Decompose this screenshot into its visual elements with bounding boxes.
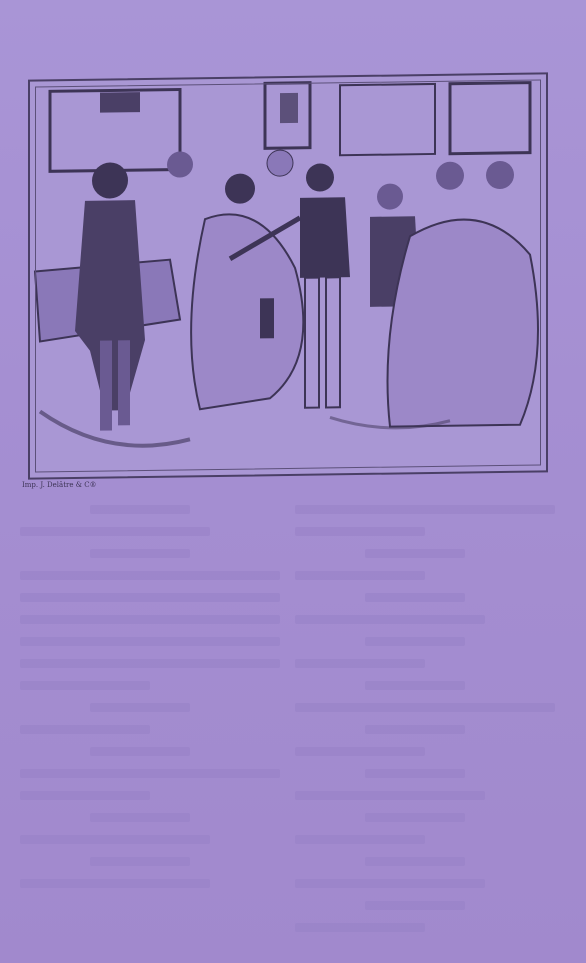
text-line xyxy=(20,615,280,624)
text-line xyxy=(365,681,465,690)
text-line xyxy=(90,549,190,558)
text-line xyxy=(295,835,425,844)
text-line xyxy=(295,703,555,712)
text-line xyxy=(90,747,190,756)
text-line xyxy=(20,593,280,602)
text-line xyxy=(365,549,465,558)
text-line xyxy=(20,527,210,536)
text-line xyxy=(365,901,465,910)
text-line xyxy=(295,879,485,888)
text-line xyxy=(295,923,425,932)
text-line xyxy=(20,571,280,580)
text-line xyxy=(90,813,190,822)
illustration-frame xyxy=(28,72,548,479)
text-line xyxy=(295,615,485,624)
text-line xyxy=(295,659,425,668)
left-text-column xyxy=(20,505,290,901)
text-line xyxy=(90,505,190,514)
text-line xyxy=(365,637,465,646)
text-line xyxy=(20,725,150,734)
text-line xyxy=(365,769,465,778)
text-line xyxy=(365,813,465,822)
text-line xyxy=(20,835,210,844)
text-line xyxy=(365,857,465,866)
text-line xyxy=(365,725,465,734)
illustration-inner-border xyxy=(35,79,541,472)
text-line xyxy=(20,769,280,778)
illustration-credit: Imp. J. Delâtre & C® xyxy=(22,481,97,489)
text-line xyxy=(295,791,485,800)
text-line xyxy=(295,571,425,580)
text-line xyxy=(20,879,210,888)
text-line xyxy=(295,505,555,514)
page-header xyxy=(230,34,330,48)
right-text-column xyxy=(295,505,565,945)
text-line xyxy=(20,637,280,646)
text-line xyxy=(90,857,190,866)
text-line xyxy=(295,747,425,756)
text-line xyxy=(365,593,465,602)
text-line xyxy=(295,527,425,536)
text-line xyxy=(20,791,150,800)
text-line xyxy=(90,703,190,712)
text-line xyxy=(20,659,280,668)
text-line xyxy=(20,681,150,690)
